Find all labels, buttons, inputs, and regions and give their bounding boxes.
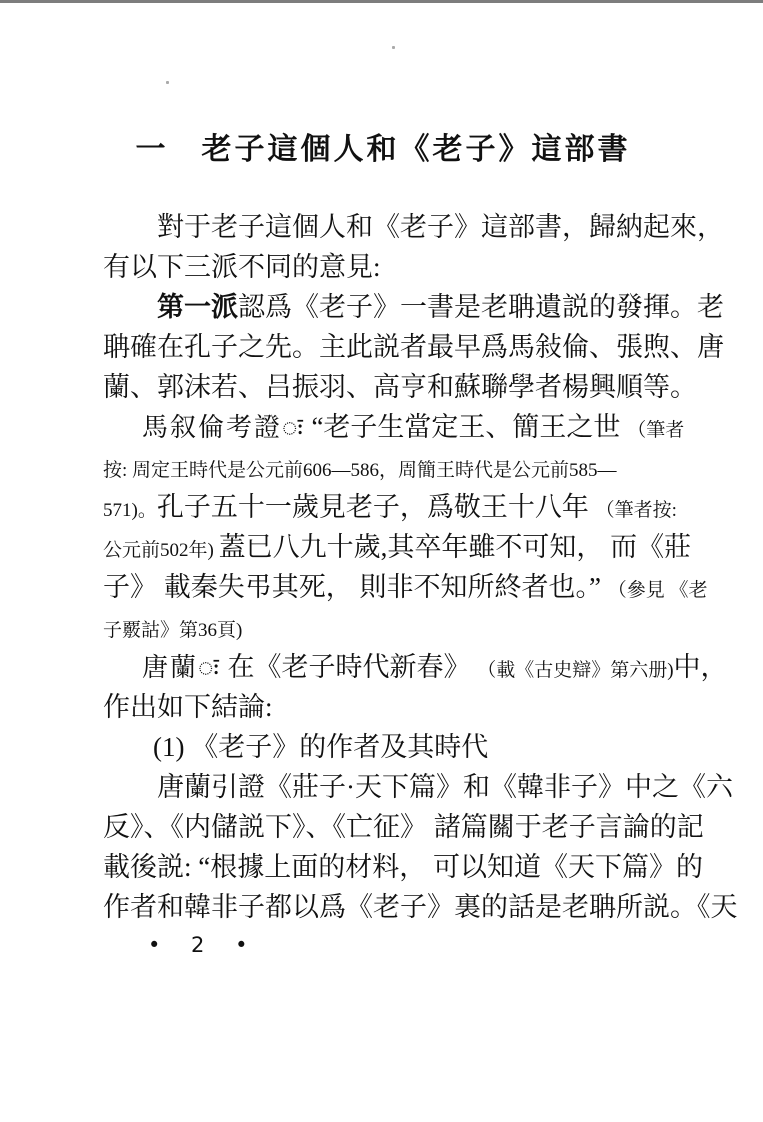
text-line: 作出如下結論: [103,687,663,727]
text-segment: 有以下三派不同的意見: [103,252,381,282]
text-segment: 蘭、郭沫若、吕振羽、高亨和蘇聯學者楊興順等。 [103,372,697,402]
text-line: 子覈詁》第36頁) [103,607,663,647]
text-segment: 聃確在孔子之先。主此説者最早爲馬敍倫、張煦、唐 [103,332,724,362]
text-segment: 孔子五十一歲見老子，爲敬王十八年 [157,492,596,522]
text-segment: 反》、《内儲説下》、《亡征》 諸篇關于老子言論的記 [103,812,704,842]
text-segment: 作出如下結論: [103,692,273,722]
text-segment: 對于老子這個人和《老子》這部書，歸納起來， [157,212,724,242]
text-line: 載後説: “根據上面的材料， 可以知道《天下篇》的 [103,847,663,887]
page-number: • 2 • [103,933,663,957]
text-line: 馬叙倫考證ः “老子生當定王、簡王之世 （筆者 [103,407,663,447]
text-segment: 子覈詁》第36頁) [103,620,242,641]
text-segment: “老子生當定王、簡王之世 [305,412,627,442]
text-segment: 作者和韓非子都以爲《老子》裏的話是老聃所説。《天 [103,892,738,922]
text-segment: 載後説: “根據上面的材料， 可以知道《天下篇》的 [103,852,703,882]
text-segment: （參見 《老 [608,580,708,601]
text-segment: 唐蘭ः [142,653,221,682]
book-page: 一 老子這個人和《老子》這部書 對于老子這個人和《老子》這部書，歸納起來，有以下… [0,0,763,1122]
page-title: 一 老子這個人和《老子》這部書 [103,128,663,172]
text-segment: 唐蘭引證《莊子·天下篇》和《韓非子》中之《六 [157,772,733,802]
text-line: 反》、《内儲説下》、《亡征》 諸篇關于老子言論的記 [103,807,663,847]
text-segment: 按: 周定王時代是公元前606—586，周簡王時代是公元前585— [103,460,617,481]
text-segment: 認爲《老子》一書是老聃遺説的發揮。老 [238,292,724,322]
text-segment: 571)。 [103,500,157,521]
text-segment: 子》 載秦失弔其死， 則非不知所終者也。” [103,572,608,602]
text-line: 唐蘭引證《莊子·天下篇》和《韓非子》中之《六 [103,767,663,807]
text-line: 按: 周定王時代是公元前606—586，周簡王時代是公元前585— [103,447,663,487]
text-line: 蘭、郭沫若、吕振羽、高亨和蘇聯學者楊興順等。 [103,367,663,407]
text-segment: 蓋已八九十歲,其卒年雖不可知， 而《莊 [219,532,692,562]
text-line: (1) 《老子》的作者及其時代 [103,727,663,767]
text-line: 第一派認爲《老子》一書是老聃遺説的發揮。老 [103,287,663,327]
text-line: 公元前502年) 蓋已八九十歲,其卒年雖不可知， 而《莊 [103,527,663,567]
text-line: 571)。孔子五十一歲見老子，爲敬王十八年 （筆者按: [103,487,663,527]
text-segment: 第一派 [157,292,238,322]
text-segment: 中， [674,652,728,682]
text-segment: （筆者按: [596,500,677,521]
text-segment: 在《老子時代新春》 [221,652,478,682]
text-segment: （筆者 [627,420,684,441]
text-line: 有以下三派不同的意見: [103,247,663,287]
body-text: 對于老子這個人和《老子》這部書，歸納起來，有以下三派不同的意見:第一派認爲《老子… [103,207,663,927]
text-segment: 公元前502年) [103,540,219,561]
text-segment: 馬叙倫考證ः [142,413,305,442]
text-line: 對于老子這個人和《老子》這部書，歸納起來， [103,207,663,247]
text-segment: （載《古史辯》第六册) [477,660,673,681]
text-line: 子》 載秦失弔其死， 則非不知所終者也。” （參見 《老 [103,567,663,607]
text-line: 唐蘭ः 在《老子時代新春》 （載《古史辯》第六册)中， [103,647,663,687]
text-line: 聃確在孔子之先。主此説者最早爲馬敍倫、張煦、唐 [103,327,663,367]
text-segment: (1) 《老子》的作者及其時代 [153,732,488,762]
text-line: 作者和韓非子都以爲《老子》裏的話是老聃所説。《天 [103,887,663,927]
